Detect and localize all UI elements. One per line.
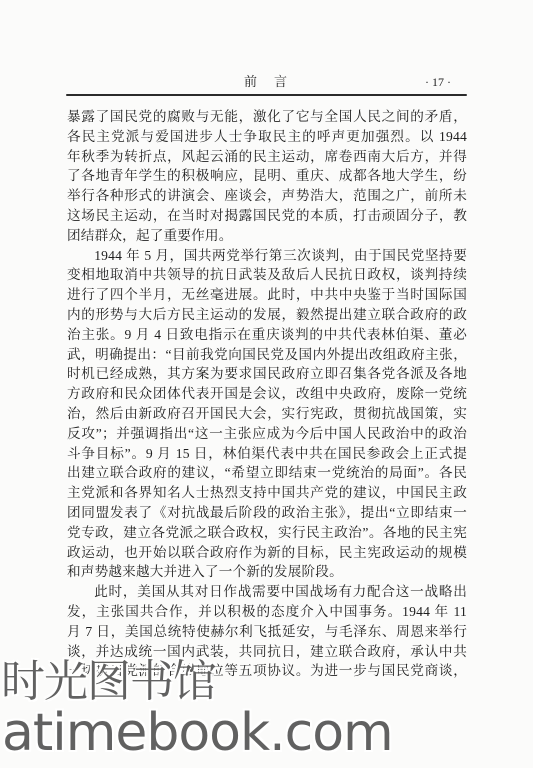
text-line-p2-14: 团同盟发表了《对抗战最后阶段的政治主张》，提出“立即结束一 xyxy=(67,503,467,523)
text-line-p1-6: 这场民主运动，在当时对揭露国民党的本质，打击顽固分子，教育 xyxy=(67,206,467,226)
watermark-site-url: atimebook.com xyxy=(2,706,393,761)
text-line-p2-5: 治主张。9 月 4 日致电指示在重庆谈判的中共代表林伯渠、董必 xyxy=(67,325,467,345)
text-line-p2-4: 内的形势与大后方民主运动的发展，毅然提出建立联合政府的政 xyxy=(67,305,467,325)
text-line-p2-13: 主党派和各界知名人士热烈支持中国共产党的建议，中国民主政 xyxy=(67,483,467,503)
text-line-p1-3: 年秋季为转折点，风起云涌的民主运动，席卷西南大后方，并得到 xyxy=(67,147,467,167)
page-body: 暴露了国民党的腐败与无能，激化了它与全国人民之间的矛盾，各民主党派与爱国进步人士… xyxy=(67,107,467,681)
text-line-p1-5: 举行各种形式的讲演会、座谈会，声势浩大，范围之广，前所未有。 xyxy=(67,186,467,206)
text-line-p2-6: 武，明确提出：“目前我党向国民党及国内外提出改组政府主张， xyxy=(67,345,467,365)
chapter-title: 前 言 xyxy=(244,74,289,90)
book-page-scan: 前 言 · 17 · 暴露了国民党的腐败与无能，激化了它与全国人民之间的矛盾，各… xyxy=(0,0,533,768)
text-line-p1-4: 了各地青年学生的积极响应，昆明、重庆、成都各地大学生，纷纷 xyxy=(67,166,467,186)
text-line-p2-16: 政运动，也开始以联合政府作为新的目标，民主宪政运动的规模 xyxy=(67,543,467,563)
text-line-p2-1: 1944 年 5 月，国共两党举行第三次谈判，由于国民党坚持要 xyxy=(67,246,467,266)
text-line-p2-10: 反攻”；并强调指出“这一主张应成为今后中国人民政治中的政治 xyxy=(67,424,467,444)
page-number: · 17 · xyxy=(425,74,451,90)
text-line-p2-2: 变相地取消中共领导的抗日武装及敌后人民抗日政权，谈判持续 xyxy=(67,265,467,285)
text-line-p3-3: 月 7 日，美国总统特使赫尔利飞抵延安，与毛泽东、周恩来举行会 xyxy=(67,622,467,642)
text-line-p3-1: 此时，美国从其对日作战需要中国战场有力配合这一战略出 xyxy=(67,582,467,602)
text-line-p1-7: 团结群众，起了重要作用。 xyxy=(67,226,467,246)
text-line-p2-11: 斗争目标”。9 月 15 日，林伯渠代表中共在国民参政会上正式提 xyxy=(67,444,467,464)
text-line-p2-3: 进行了四个半月，无丝毫进展。此时，中共中央鉴于当时国际国 xyxy=(67,285,467,305)
watermark-site-name: 时光图书馆 xyxy=(1,658,216,706)
text-line-p1-1: 暴露了国民党的腐败与无能，激化了它与全国人民之间的矛盾， xyxy=(67,107,467,127)
text-line-p1-2: 各民主党派与爱国进步人士争取民主的呼声更加强烈。以 1944 xyxy=(67,127,467,147)
text-line-p2-9: 治，然后由新政府召开国民大会，实行宪政，贯彻抗战国策，实行 xyxy=(67,404,467,424)
text-line-p2-17: 和声势越来越大并进入了一个新的发展阶段。 xyxy=(67,562,467,582)
text-line-p2-12: 出建立联合政府的建议，“希望立即结束一党统治的局面”。各民 xyxy=(67,463,467,483)
text-line-p2-8: 方政府和民众团体代表开国是会议，改组中央政府，废除一党统 xyxy=(67,384,467,404)
header-divider-rule xyxy=(66,94,467,96)
text-line-p3-2: 发，主张国共合作，并以积极的态度介入中国事务。1944 年 11 xyxy=(67,602,467,622)
text-line-p2-15: 党专政，建立各党派之联合政权，实行民主政治”。各地的民主宪 xyxy=(67,523,467,543)
text-line-p2-7: 时机已经成熟，其方案为要求国民政府立即召集各党各派及各地 xyxy=(67,364,467,384)
page-header: 前 言 · 17 · xyxy=(66,74,467,90)
